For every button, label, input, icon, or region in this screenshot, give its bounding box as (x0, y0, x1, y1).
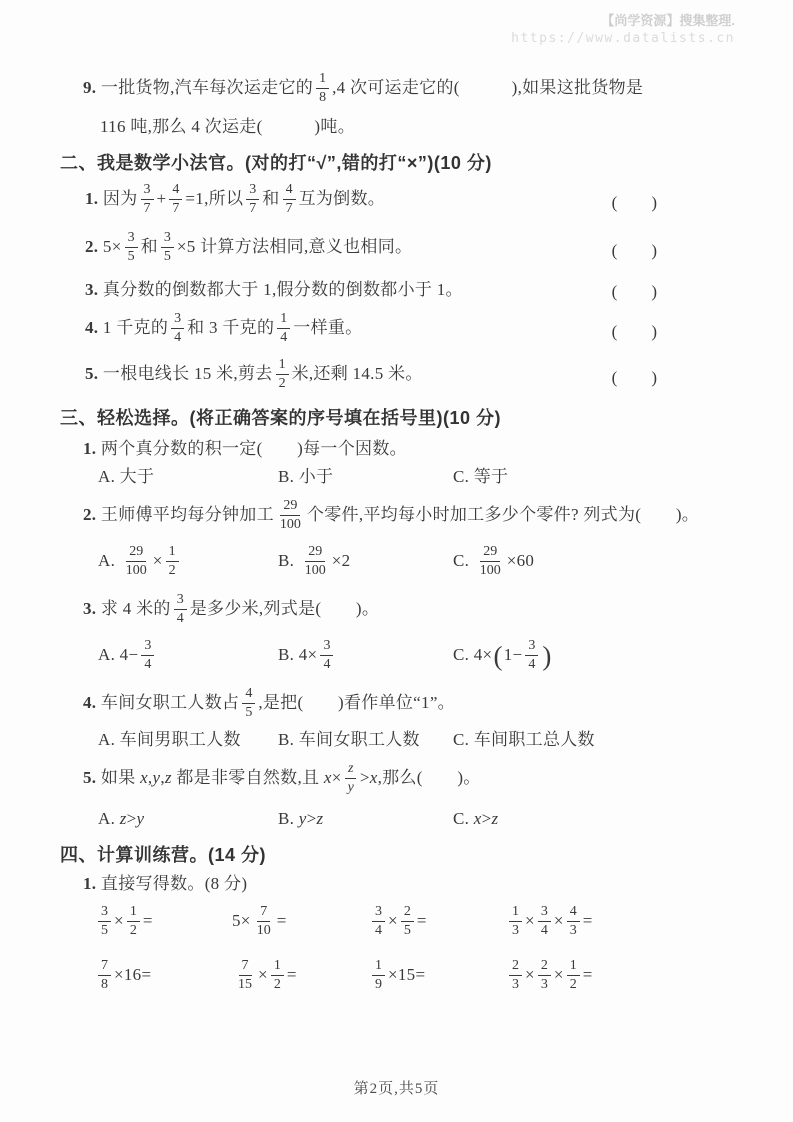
choice-question-2-stem: 2. 王师傅平均每分钟加工29100个零件,平均每小时加工多少个零件? 列式为(… (83, 497, 753, 535)
tf-statement-5: 5. 一根电线长 15 米,剪去12米,还剩 14.5 米。 (85, 356, 423, 394)
fraction: zy (345, 761, 357, 796)
calc-item-2-3: 19×15= (369, 957, 506, 995)
fraction: 13 (509, 904, 522, 939)
fraction: 37 (141, 182, 154, 217)
tf-statement-4: 4. 1 千克的34和 3 千克的14一样重。 (85, 310, 362, 348)
fraction: 12 (127, 904, 140, 939)
question-number: 2. (85, 237, 98, 256)
math-variable: z (492, 809, 499, 828)
math-variable: z (317, 809, 324, 828)
math-variable: x (324, 768, 332, 787)
question-number: 3. (83, 599, 96, 618)
true-false-item-1: 1. 因为37+47=1,所以37和47互为倒数。 ( ) (85, 181, 657, 219)
choice-question-4-options: A. 车间男职工人数 B. 车间女职工人数 C. 车间职工总人数 (98, 729, 753, 750)
fraction: 35 (98, 904, 111, 939)
math-variable: y (299, 809, 307, 828)
calc-row-1: 35×12= 5×710= 34×25= 13×34×43= (95, 903, 753, 941)
question-number: 1. (83, 439, 96, 458)
fraction: 12 (567, 958, 580, 993)
question-9-line1: 9. 一批货物,汽车每次运走它的18,4 次可运走它的( ),如果这批货物是 (83, 70, 753, 108)
option-3b: B. 4×34 (278, 637, 453, 675)
section-2-title: 二、我是数学小法官。(对的打“√”,错的打“×”)(10 分) (60, 149, 753, 175)
choice-question-1-stem: 1. 两个真分数的积一定( )每一个因数。 (83, 438, 753, 459)
calc-item-1-1: 35×12= (95, 903, 232, 941)
question-number: 2. (83, 505, 96, 524)
question-9-line2: 116 吨,那么 4 次运走( )吨。 (100, 116, 753, 137)
calc-item-2-4: 23×23×12= (506, 957, 593, 995)
section-3-title: 三、轻松选择。(将正确答案的序号填在括号里)(10 分) (60, 404, 753, 430)
fraction: 12 (276, 357, 289, 392)
fraction: 29100 (277, 498, 304, 533)
fraction: 18 (316, 71, 329, 106)
big-paren: ( (493, 641, 502, 671)
calc-item-2-2: 715×12= (232, 957, 369, 995)
option-4a: A. 车间男职工人数 (98, 729, 278, 750)
math-variable: y (137, 809, 145, 828)
true-false-item-2: 2. 5×35和35×5 计算方法相同,意义也相同。 ( ) (85, 229, 657, 267)
option-2c: C. 29100×60 (453, 543, 534, 581)
answer-bracket-4: ( ) (612, 317, 657, 342)
question-number: 5. (85, 364, 98, 383)
option-5a: A. z>y (98, 808, 278, 829)
true-false-item-4: 4. 1 千克的34和 3 千克的14一样重。 ( ) (85, 310, 657, 348)
fraction: 43 (567, 904, 580, 939)
fraction: 34 (525, 638, 538, 673)
fraction: 29100 (302, 544, 329, 579)
question-number: 1. (85, 189, 98, 208)
fraction: 715 (235, 958, 255, 993)
section-4-subtask-1: 1. 直接写得数。(8 分) (83, 873, 753, 894)
fraction: 45 (242, 686, 255, 721)
choice-question-5-options: A. z>y B. y>z C. x>z (98, 808, 753, 829)
option-2b: B. 29100×2 (278, 543, 453, 581)
tf-statement-3: 3. 真分数的倒数都大于 1,假分数的倒数都小于 1。 (85, 279, 463, 300)
fraction: 34 (174, 592, 187, 627)
answer-bracket-1: ( ) (612, 188, 657, 213)
fraction: 78 (98, 958, 111, 993)
big-paren: ) (542, 641, 551, 671)
choice-question-5-stem: 5. 如果 x,y,z 都是非零自然数,且 x×zy>x,那么( )。 (83, 760, 753, 798)
question-number: 1. (83, 874, 96, 893)
true-false-item-3: 3. 真分数的倒数都大于 1,假分数的倒数都小于 1。 ( ) (85, 277, 657, 302)
fraction: 34 (141, 638, 154, 673)
option-5c: C. x>z (453, 808, 498, 829)
fraction: 34 (372, 904, 385, 939)
question-number: 4. (85, 318, 98, 337)
watermark: 【尚学资源】搜集整理. https://www.datalists.cn (511, 12, 735, 47)
fraction: 12 (271, 958, 284, 993)
section-4-title: 四、计算训练营。(14 分) (60, 841, 753, 867)
question-number: 3. (85, 280, 98, 299)
question-number: 4. (83, 693, 96, 712)
option-1c: C. 等于 (453, 466, 508, 487)
fraction: 29100 (123, 544, 150, 579)
calc-item-2-1: 78×16= (95, 957, 232, 995)
answer-bracket-5: ( ) (612, 363, 657, 388)
tf-statement-2: 2. 5×35和35×5 计算方法相同,意义也相同。 (85, 229, 412, 267)
math-variable: z (165, 768, 172, 787)
true-false-item-5: 5. 一根电线长 15 米,剪去12米,还剩 14.5 米。 ( ) (85, 356, 657, 394)
fraction: 23 (509, 958, 522, 993)
question-number: 5. (83, 768, 96, 787)
worksheet-content: 9. 一批货物,汽车每次运走它的18,4 次可运走它的( ),如果这批货物是 1… (0, 0, 793, 995)
option-4b: B. 车间女职工人数 (278, 729, 453, 750)
worksheet-page: 【尚学资源】搜集整理. https://www.datalists.cn 9. … (0, 0, 793, 1122)
answer-bracket-2: ( ) (612, 236, 657, 261)
fraction: 710 (254, 904, 274, 939)
fraction: 35 (125, 230, 138, 265)
option-1b: B. 小于 (278, 466, 453, 487)
fraction: 37 (246, 182, 259, 217)
math-variable: x (474, 809, 482, 828)
option-5b: B. y>z (278, 808, 453, 829)
calc-row-2: 78×16= 715×12= 19×15= 23×23×12= (95, 957, 753, 995)
choice-question-1-options: A. 大于 B. 小于 C. 等于 (98, 466, 753, 487)
choice-question-3-options: A. 4−34 B. 4×34 C. 4×(1−34) (98, 637, 753, 675)
fraction: 35 (161, 230, 174, 265)
watermark-url: https://www.datalists.cn (511, 30, 735, 48)
fraction: 25 (401, 904, 414, 939)
watermark-source-text: 【尚学资源】搜集整理. (511, 12, 735, 30)
page-footer: 第2页,共5页 (0, 1077, 793, 1098)
option-1a: A. 大于 (98, 466, 278, 487)
answer-bracket-3: ( ) (612, 277, 657, 302)
math-variable: z (120, 809, 127, 828)
calc-item-1-3: 34×25= (369, 903, 506, 941)
fraction: 34 (320, 638, 333, 673)
option-4c: C. 车间职工总人数 (453, 729, 595, 750)
calc-item-1-2: 5×710= (232, 903, 369, 941)
choice-question-2-options: A. 29100×12 B. 29100×2 C. 29100×60 (98, 543, 753, 581)
fraction: 34 (538, 904, 551, 939)
option-2a: A. 29100×12 (98, 543, 278, 581)
fraction: 23 (538, 958, 551, 993)
fraction: 47 (169, 182, 182, 217)
option-3a: A. 4−34 (98, 637, 278, 675)
option-3c: C. 4×(1−34) (453, 637, 553, 675)
tf-statement-1: 1. 因为37+47=1,所以37和47互为倒数。 (85, 181, 385, 219)
fraction: 34 (171, 311, 184, 346)
fraction: 12 (166, 544, 179, 579)
math-variable: x (140, 768, 148, 787)
fraction: 19 (372, 958, 385, 993)
choice-question-4-stem: 4. 车间女职工人数占45,是把( )看作单位“1”。 (83, 685, 753, 723)
fraction: 14 (277, 311, 290, 346)
question-number: 9. (83, 78, 96, 97)
fraction: 47 (283, 182, 296, 217)
math-variable: y (152, 768, 160, 787)
choice-question-3-stem: 3. 求 4 米的34是多少米,列式是( )。 (83, 591, 753, 629)
math-variable: x (370, 768, 378, 787)
calc-item-1-4: 13×34×43= (506, 903, 593, 941)
fraction: 29100 (477, 544, 504, 579)
